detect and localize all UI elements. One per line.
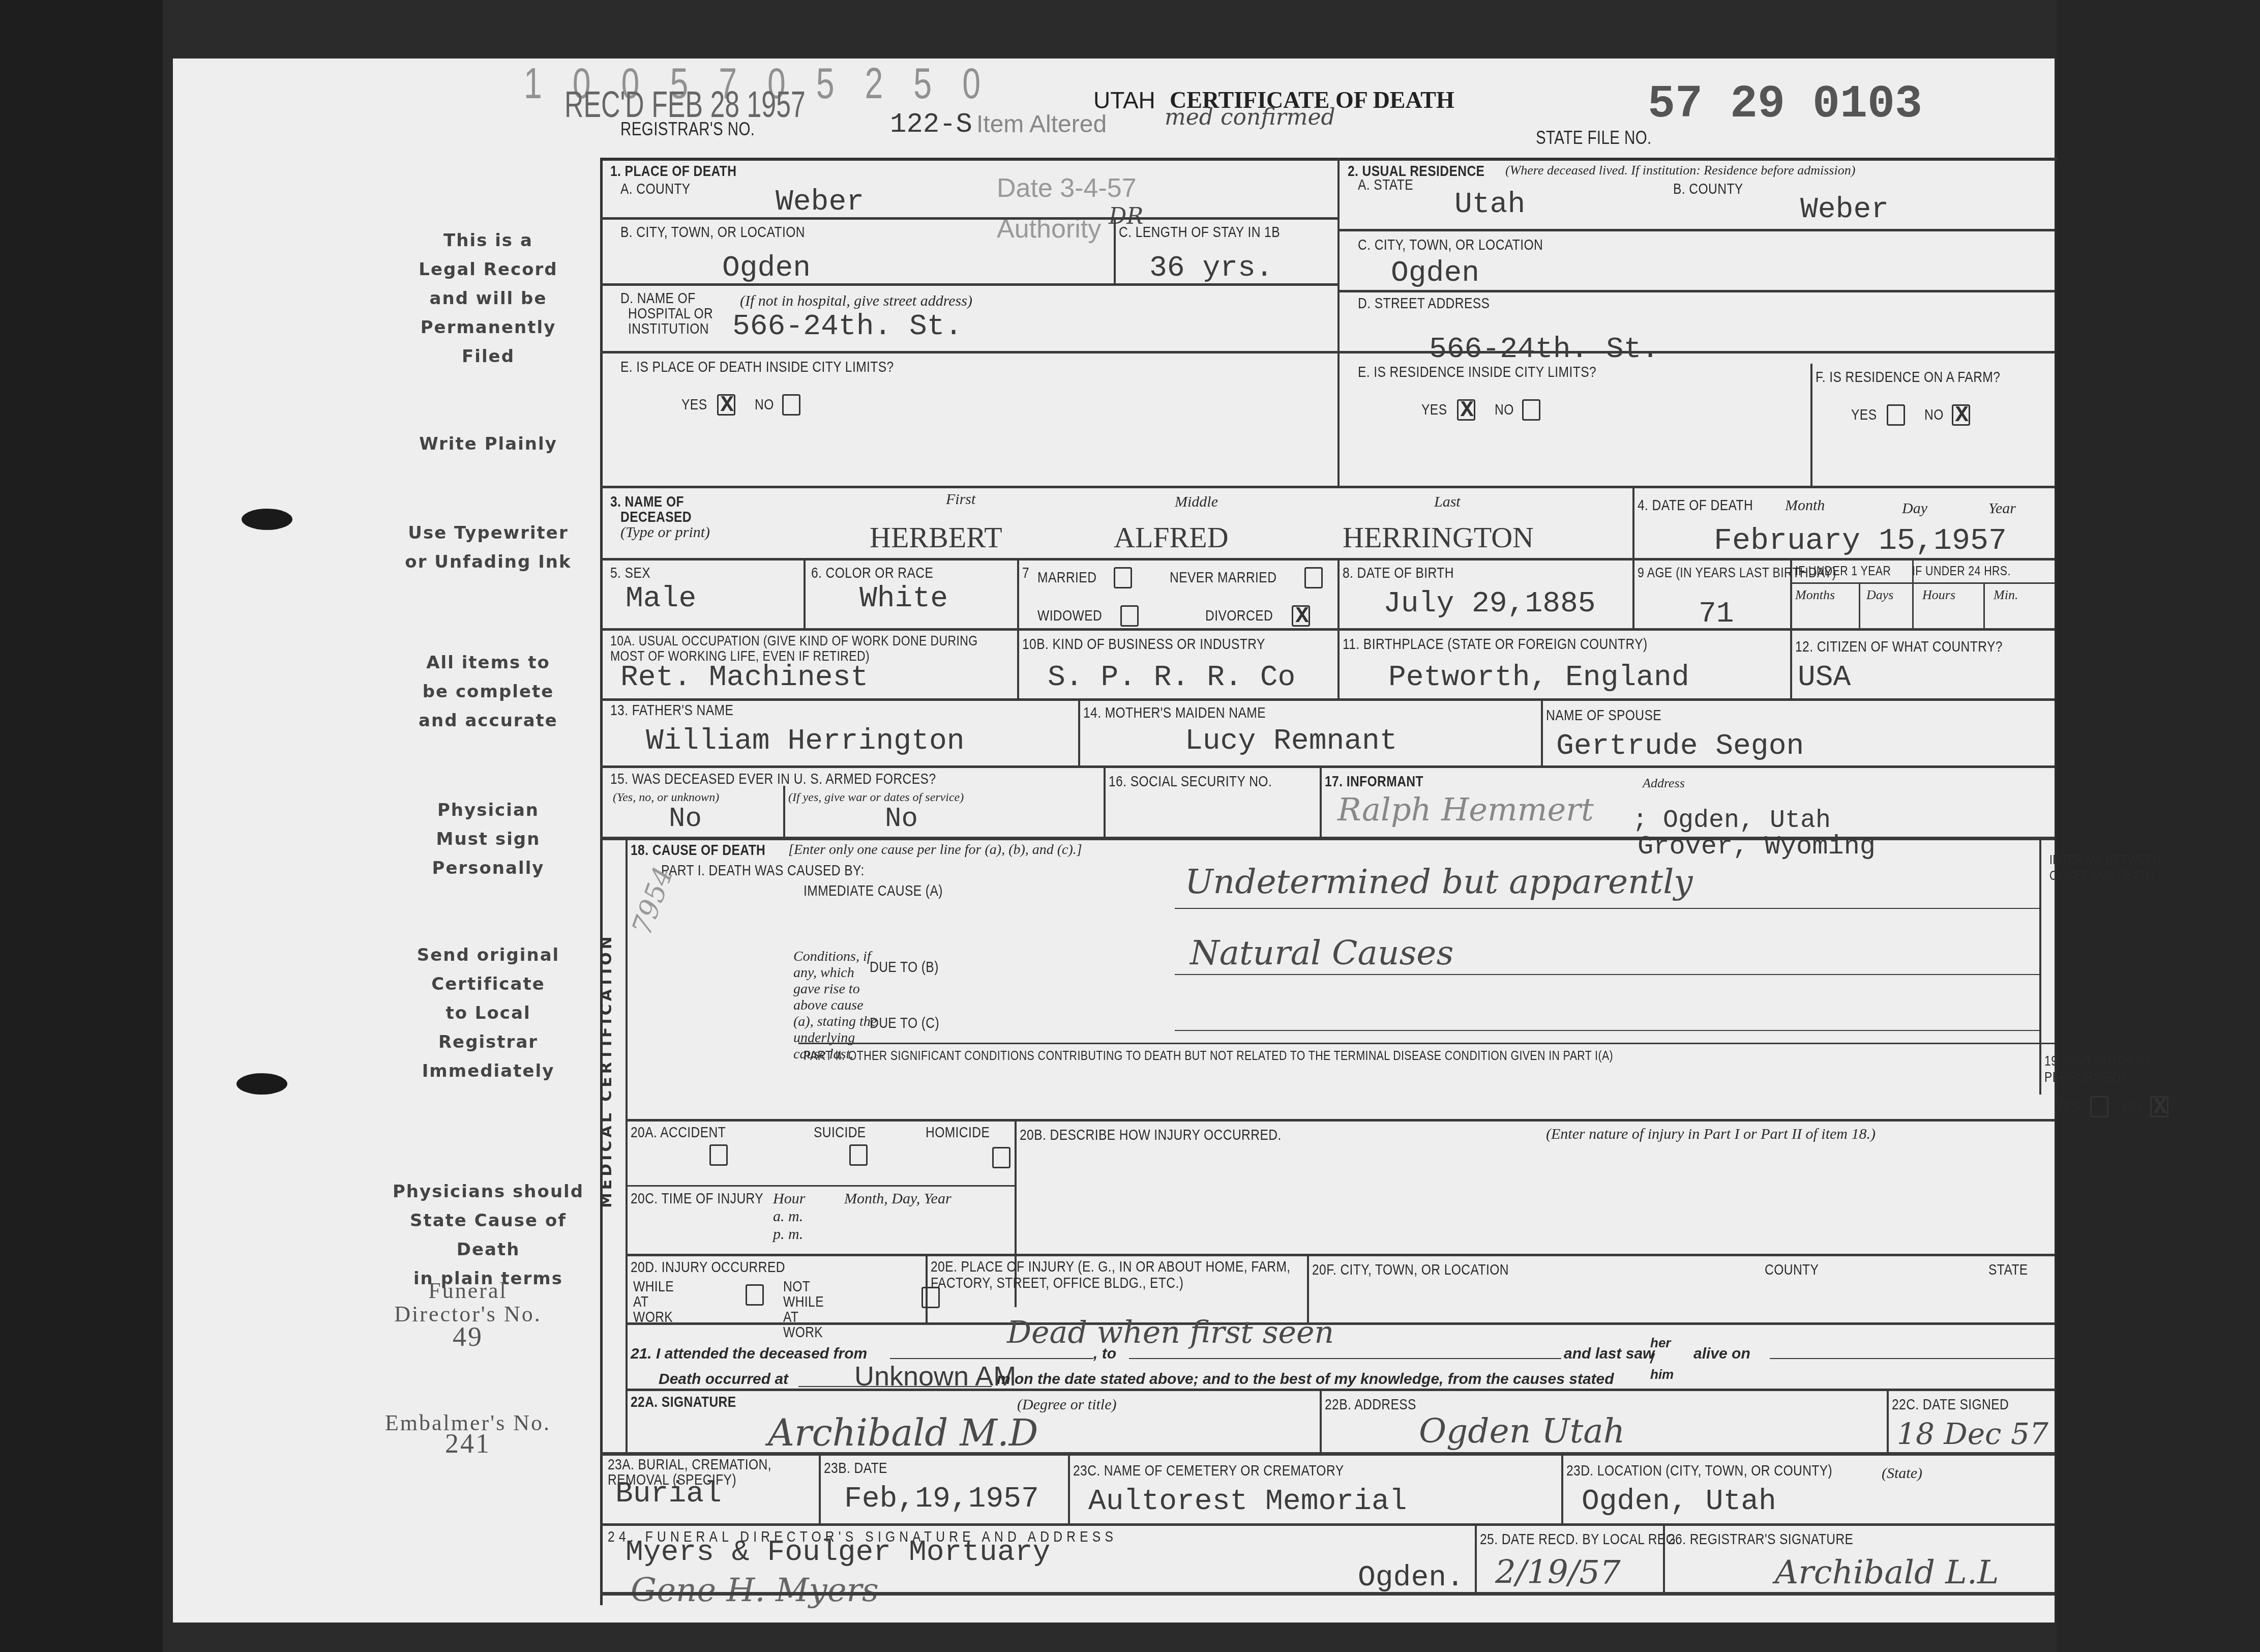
degree-label: (Degree or title) — [1017, 1396, 1116, 1413]
day-label: Day — [1902, 500, 1927, 517]
cause-of-death-label: 18. CAUSE OF DEATH — [631, 842, 765, 859]
first-name: HERBERT — [870, 520, 1002, 554]
death-county: Weber — [776, 186, 864, 219]
physician-address-label: 22b. ADDRESS — [1325, 1396, 1416, 1413]
punch-hole — [242, 509, 292, 530]
place-of-injury-label: 20e. PLACE OF INJURY (e. g., in or about… — [931, 1259, 1306, 1291]
marital-label: 7 — [1022, 565, 1029, 582]
immediate-cause-label: IMMEDIATE CAUSE (a) — [804, 882, 943, 900]
occupation: Ret. Machinest — [620, 661, 868, 694]
widowed-label: WIDOWED — [1037, 607, 1102, 625]
sex: Male — [626, 582, 696, 615]
certificate-title: CERTIFICATE OF DEATH — [1170, 86, 1454, 113]
yes-label: YES — [1421, 401, 1447, 419]
registrars-no: 122-S — [890, 109, 972, 140]
marital-married[interactable]: MARRIED — [1037, 567, 1132, 588]
scan-border-right — [2057, 0, 2260, 1652]
armed-dates: No — [885, 804, 918, 835]
sidebar-note-typewriter: Use Typewriter or Unfading Ink — [386, 519, 590, 577]
inside-limits-label: e. IS PLACE OF DEATH INSIDE CITY LIMITS? — [620, 359, 894, 376]
death-inside-limits[interactable]: YES NO — [681, 394, 800, 416]
burial-date: Feb,19,1957 — [844, 1483, 1039, 1516]
state-file-no: 57 29 0103 — [1648, 79, 1922, 131]
burial-method: Burial — [615, 1478, 722, 1511]
injury-city-label: 20f. CITY, TOWN, OR LOCATION — [1312, 1261, 1509, 1279]
no-label: NO — [1495, 401, 1514, 419]
father-label: 13. FATHER'S NAME — [610, 702, 733, 719]
checkbox-yes-checked[interactable] — [1457, 399, 1475, 421]
checkbox-no[interactable] — [782, 394, 800, 416]
last-name: HERRINGTON — [1343, 520, 1534, 554]
armed-forces-label: 15. WAS DECEASED EVER IN U. S. ARMED FOR… — [610, 771, 936, 788]
no-label: NO — [1924, 406, 1944, 424]
am-label: a. m. — [773, 1208, 803, 1225]
date-of-death: February 15,1957 — [1714, 524, 2007, 558]
autopsy-performed[interactable]: YES NO — [2055, 1096, 2168, 1117]
cause-hint: [Enter only one cause per line for (a), … — [788, 842, 1082, 858]
embalmer-no: 241 — [356, 1432, 580, 1455]
spouse-label: NAME OF SPOUSE — [1546, 707, 1661, 724]
race-label: 6. COLOR OR RACE — [811, 565, 933, 582]
sidebar-note-legal-record: This is a Legal Record and will be Perma… — [397, 226, 580, 371]
injury-county-label: COUNTY — [1765, 1261, 1819, 1279]
time-of-injury-label: 20c. TIME OF INJURY — [631, 1190, 763, 1207]
funeral-director-no: 49 — [356, 1325, 580, 1348]
part1-label: PART I. DEATH WAS CAUSED BY: — [661, 862, 865, 879]
min-label: Min. — [1994, 587, 2018, 603]
county-label: b. COUNTY — [1673, 181, 1743, 198]
stay-label: c. LENGTH OF STAY IN 1b — [1119, 224, 1280, 241]
checkbox-never-married[interactable] — [1304, 567, 1323, 588]
death-certificate: 1 0 0 5 7 0 5 2 5 0 REC'D FEB 28 1957 RE… — [173, 58, 2055, 1622]
title-state: UTAH — [1093, 86, 1155, 114]
physician-address: Ogden Utah — [1419, 1411, 1625, 1451]
death-time: Unknown AM — [854, 1361, 1016, 1392]
name-label: DECEASED — [620, 509, 692, 526]
no-label: NO — [755, 396, 774, 414]
hours-label: Hours — [1922, 587, 1955, 603]
mother-name: Lucy Remnant — [1185, 725, 1397, 758]
homicide-label: HOMICIDE — [926, 1124, 990, 1141]
hospital-label: HOSPITAL OR — [628, 305, 713, 322]
sidebar-note-complete: All items to be complete and accurate — [397, 648, 580, 735]
date-received: 2/19/57 — [1495, 1554, 1621, 1591]
registrars-no-label: REGISTRAR'S NO. — [620, 119, 755, 140]
informant-label: 17. INFORMANT — [1325, 773, 1423, 790]
checkbox-yes-checked[interactable] — [717, 394, 735, 416]
suicide-label: SUICIDE — [814, 1124, 866, 1141]
state-file-no-label: STATE FILE NO. — [1536, 127, 1652, 149]
alive-on-text: alive on — [1693, 1345, 1750, 1363]
medical-certification-label: MEDICAL CERTIFICATION — [598, 933, 615, 1208]
industry-label: 10b. KIND OF BUSINESS OR INDUSTRY — [1022, 636, 1265, 653]
attended-text: 21. I attended the deceased from — [631, 1345, 867, 1363]
hospital-address: 566-24th. St. — [732, 310, 962, 343]
accident-label: 20a. ACCIDENT — [631, 1124, 726, 1141]
married-label: MARRIED — [1037, 569, 1096, 586]
checkbox-yes[interactable] — [2090, 1096, 2108, 1117]
sex-label: 5. SEX — [610, 565, 650, 582]
injury-state-label: STATE — [1988, 1261, 2028, 1279]
name-label: 3. NAME OF — [610, 493, 684, 511]
divorced-label: DIVORCED — [1205, 607, 1273, 625]
date-received-label: 25. DATE RECD. BY LOCAL REG. — [1480, 1531, 1679, 1548]
hospital-label: INSTITUTION — [628, 320, 709, 338]
checkbox-yes[interactable] — [1887, 404, 1905, 426]
armed-hint: (If yes, give war or dates of service) — [788, 791, 964, 805]
citizen-label: 12. CITIZEN OF WHAT COUNTRY? — [1795, 638, 2003, 656]
first-label: First — [946, 491, 975, 508]
residence-hint: (Where deceased lived. If institution: R… — [1505, 163, 1855, 178]
middle-name: ALFRED — [1114, 520, 1229, 554]
residence-inside-limits[interactable]: YES NO — [1421, 399, 1540, 421]
last-saw-text: and last saw — [1564, 1345, 1654, 1363]
last-label: Last — [1434, 493, 1461, 511]
punch-hole — [236, 1073, 287, 1095]
industry: S. P. R. R. Co — [1048, 661, 1295, 694]
city-label: b. CITY, TOWN, OR LOCATION — [620, 224, 805, 241]
while-at-work-label: WHILE AT WORK — [633, 1279, 683, 1325]
part2-label: PART II. OTHER SIGNIFICANT CONDITIONS CO… — [804, 1048, 1613, 1064]
date-signed-label: 22c. DATE SIGNED — [1892, 1396, 2009, 1413]
item-altered-label: Item Altered — [976, 110, 1107, 138]
inside-limits-label: e. IS RESIDENCE INSIDE CITY LIMITS? — [1358, 364, 1596, 381]
death-occurred-tail: m on the date stated above; and to the b… — [997, 1371, 1614, 1388]
informant-signature: Ralph Hemmert — [1337, 791, 1594, 828]
street-label: d. STREET ADDRESS — [1358, 295, 1490, 312]
spouse-name: Gertrude Segon — [1556, 730, 1804, 763]
autopsy-label: 19. WAS AUTOPSY PERFORMED? — [2044, 1053, 2186, 1085]
not-while-at-work-label: NOT WHILE AT WORK — [783, 1279, 842, 1340]
checkbox-suicide[interactable] — [849, 1144, 868, 1166]
registrar-signature: Archibald L.L — [1775, 1554, 1999, 1591]
date-of-death-label: 4. DATE OF DEATH — [1638, 497, 1753, 514]
mother-label: 14. MOTHER'S MAIDEN NAME — [1083, 704, 1266, 722]
marital-divorced[interactable]: DIVORCED — [1205, 605, 1310, 627]
checkbox-while-at-work[interactable] — [746, 1284, 764, 1306]
immediate-cause: Undetermined but apparently — [1185, 862, 1693, 901]
checkbox-accident[interactable] — [709, 1144, 728, 1166]
physician-signature: Archibald M.D — [768, 1411, 1038, 1454]
hospital-hint: (If not in hospital, give street address… — [740, 292, 972, 310]
middle-label: Middle — [1175, 493, 1218, 511]
yes-label: YES — [1851, 406, 1877, 424]
cemetery-name: Aultorest Memorial — [1088, 1485, 1407, 1518]
marital-widowed[interactable]: WIDOWED — [1037, 605, 1139, 627]
funeral-home: Myers & Foulger Mortuary — [626, 1536, 1050, 1569]
informant-address-2: Grover, Wyoming — [1638, 832, 1876, 862]
checkbox-no[interactable] — [1522, 399, 1540, 421]
date-altered-stamp: Date 3-4-57 — [997, 173, 1137, 203]
funeral-city: Ogden. — [1358, 1561, 1464, 1595]
citizen: USA — [1798, 661, 1851, 694]
interval-label: INTERVAL BETWEEN ONSET AND DEATH — [2049, 852, 2183, 883]
months-label: Months — [1795, 587, 1835, 603]
under-24-hrs-label: IF UNDER 24 HRS. — [1912, 563, 2011, 579]
sidebar-note-send-original: Send original Certificate to Local Regis… — [397, 941, 580, 1086]
age: 71 — [1699, 598, 1734, 631]
farm-label: f. IS RESIDENCE ON A FARM? — [1816, 369, 2000, 386]
length-of-stay: 36 yrs. — [1149, 252, 1273, 285]
burial-location: Ogden, Utah — [1582, 1485, 1776, 1518]
burial-date-label: 23b. DATE — [824, 1460, 887, 1477]
sidebar-note-physician-sign: Physician Must sign Personally — [397, 796, 580, 883]
place-of-death-label: 1. PLACE OF DEATH — [610, 163, 736, 180]
birthplace: Petworth, England — [1388, 661, 1689, 694]
marital-never-married[interactable]: NEVER MARRIED — [1170, 567, 1323, 588]
funeral-director-signature: Gene H. Myers — [631, 1572, 879, 1609]
yes-label: YES — [681, 396, 707, 414]
ssn-label: 16. SOCIAL SECURITY NO. — [1109, 773, 1272, 790]
checkbox-no-checked[interactable] — [1952, 404, 1970, 426]
never-married-label: NEVER MARRIED — [1170, 569, 1276, 586]
residence-state: Utah — [1454, 188, 1525, 221]
conditions-hint: Conditions, if any, which gave rise to a… — [793, 949, 880, 1063]
no-label: NO — [2123, 1098, 2142, 1115]
attended-from: Dead when first seen — [1007, 1315, 1334, 1350]
checkbox-no-checked[interactable] — [2150, 1096, 2168, 1117]
describe-injury-hint: (Enter nature of injury in Part I or Par… — [1546, 1126, 1876, 1143]
hospital-label: d. NAME OF — [620, 290, 696, 307]
informant-address: ; Ogden, Utah — [1632, 806, 1831, 835]
residence-city: Ogden — [1391, 257, 1479, 290]
injury-occurred-label: 20d. INJURY OCCURRED — [631, 1259, 785, 1276]
under-1-year-label: IF UNDER 1 YEAR — [1795, 563, 1891, 579]
registrar-signature-label: 26. REGISTRAR'S SIGNATURE — [1668, 1531, 1853, 1548]
sidebar-note-write-plainly: Write Plainly — [397, 430, 580, 459]
informant-address-label: Address — [1643, 776, 1685, 791]
year-label: Year — [1988, 500, 2016, 517]
due-to-b: Natural Causes — [1190, 933, 1453, 972]
due-to-c-label: DUE TO (c) — [870, 1015, 939, 1032]
month-day-year-label: Month, Day, Year — [844, 1190, 951, 1207]
city-label: c. CITY, TOWN, OR LOCATION — [1358, 237, 1543, 254]
her-him-text: her / him — [1650, 1335, 1676, 1382]
dob-label: 8. DATE OF BIRTH — [1343, 565, 1454, 582]
armed-hint: (Yes, no, or unknown) — [613, 791, 719, 805]
date-of-birth: July 29,1885 — [1383, 587, 1596, 621]
yes-label: YES — [2055, 1098, 2080, 1115]
residence-county: Weber — [1800, 193, 1889, 226]
checkbox-married[interactable] — [1114, 567, 1132, 588]
checkbox-widowed[interactable] — [1120, 605, 1139, 627]
checkbox-divorced-checked[interactable] — [1292, 605, 1310, 627]
cemetery-label: 23c. NAME OF CEMETERY OR CREMATORY — [1073, 1462, 1344, 1480]
death-city: Ogden — [722, 252, 811, 285]
pm-label: p. m. — [773, 1226, 803, 1243]
month-label: Month — [1785, 497, 1825, 514]
death-occurred-text: Death occurred at — [659, 1371, 788, 1388]
armed-forces: No — [669, 804, 702, 835]
burial-state-label: (State) — [1882, 1465, 1922, 1482]
checkbox-homicide[interactable] — [992, 1147, 1010, 1168]
days-label: Days — [1866, 587, 1893, 603]
occupation-label: 10a. USUAL OCCUPATION (Give kind of work… — [610, 633, 994, 664]
hour-label: Hour — [773, 1190, 805, 1207]
signature-label: 22a. SIGNATURE — [631, 1394, 736, 1411]
funeral-director-no-label: Funeral Director's No. — [356, 1279, 580, 1326]
due-to-b-label: DUE TO (b) — [870, 959, 939, 976]
father-name: William Herrington — [646, 725, 965, 758]
name-hint: (Type or print) — [620, 524, 710, 541]
state-label: a. STATE — [1358, 176, 1413, 194]
date-signed: 18 Dec 57 — [1897, 1417, 2048, 1451]
residence-on-farm[interactable]: YES NO — [1851, 404, 1970, 426]
birthplace-label: 11. BIRTHPLACE (State or foreign country… — [1343, 636, 1648, 653]
residence-street: 566-24th. St. — [1429, 333, 1659, 366]
sidebar-note-cause-plain-terms: Physicians should State Cause of Death i… — [376, 1177, 600, 1293]
county-label: a. COUNTY — [620, 181, 691, 198]
to-text: , to — [1093, 1345, 1116, 1363]
describe-injury-label: 20b. DESCRIBE HOW INJURY OCCURRED. — [1020, 1127, 1282, 1144]
race: White — [859, 582, 948, 615]
burial-location-label: 23d. LOCATION (City, town, or county) — [1566, 1462, 1832, 1480]
scan-border-left — [0, 0, 163, 1652]
